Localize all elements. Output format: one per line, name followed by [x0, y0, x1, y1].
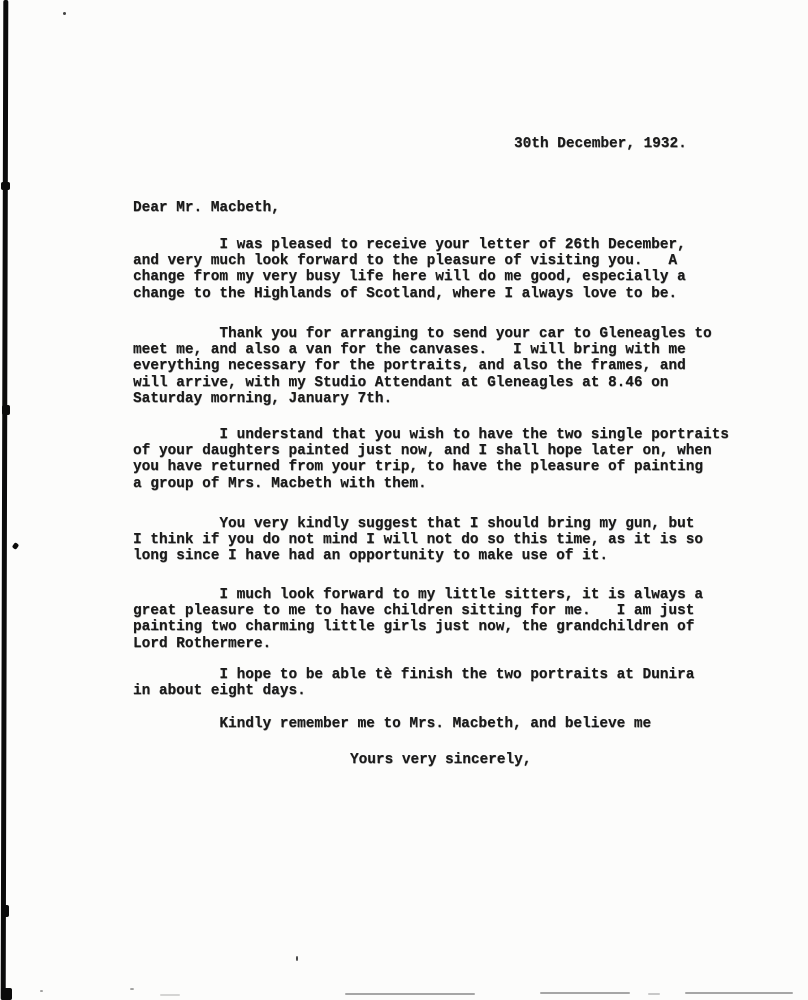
scan-speck: [40, 990, 43, 992]
scan-edge-blob: [2, 905, 9, 917]
scan-bottom-line: [648, 993, 660, 995]
scan-speck: [63, 12, 66, 15]
scan-edge-blob: [12, 542, 20, 550]
paragraph-5: I much look forward to my little sitters…: [133, 587, 703, 652]
scan-edge-blob: [1, 988, 12, 1000]
scan-bottom-line: [540, 992, 630, 994]
paragraph-4: You very kindly suggest that I should br…: [133, 516, 703, 565]
signoff-line: Yours very sincerely,: [350, 752, 531, 768]
scan-bottom-line: [685, 992, 793, 994]
scan-left-edge-line: [1, 0, 9, 1000]
paragraph-3: I understand that you wish to have the t…: [133, 427, 729, 492]
scan-speck: [130, 988, 134, 990]
scan-edge-blob: [2, 405, 10, 415]
scan-bottom-line: [160, 994, 180, 996]
closing-line: Kindly remember me to Mrs. Macbeth, and …: [133, 716, 651, 732]
paragraph-2: Thank you for arranging to send your car…: [133, 326, 712, 407]
scan-speck: [296, 956, 298, 961]
paragraph-6: I hope to be able tè finish the two port…: [133, 667, 694, 699]
salutation: Dear Mr. Macbeth,: [133, 200, 280, 216]
scan-edge-blob: [1, 182, 10, 190]
scan-bottom-line: [345, 993, 475, 995]
paragraph-1: I was pleased to receive your letter of …: [133, 237, 686, 302]
date-line: 30th December, 1932.: [514, 136, 687, 152]
letter-scan-page: 30th December, 1932. Dear Mr. Macbeth, I…: [0, 0, 808, 1000]
